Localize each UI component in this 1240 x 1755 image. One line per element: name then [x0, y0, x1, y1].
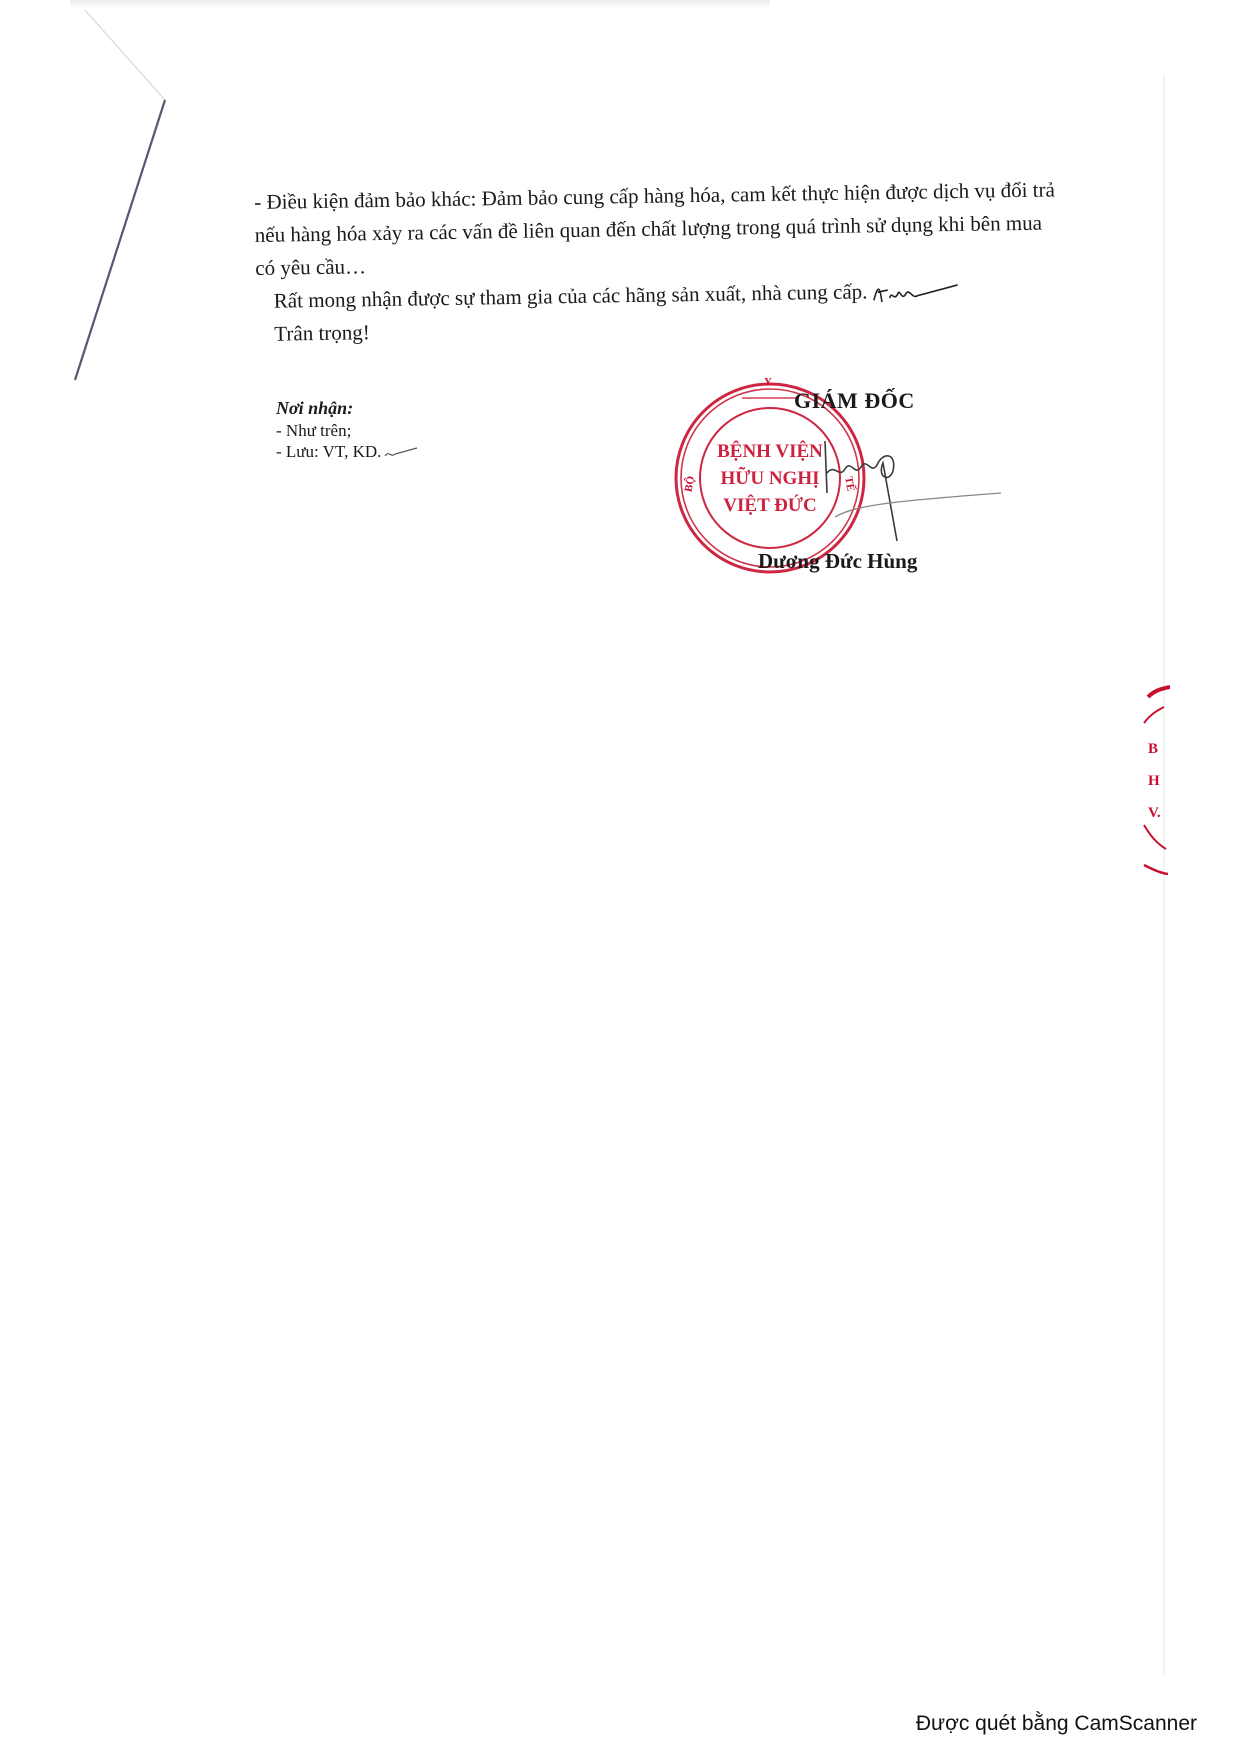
letter-body: - Điều kiện đảm bảo khác: Đảm bảo cung c… — [254, 173, 1062, 351]
invitation-text: Rất mong nhận được sự tham gia của các h… — [274, 279, 868, 312]
handwritten-signature-icon — [765, 433, 1005, 543]
conditions-paragraph: - Điều kiện đảm bảo khác: Đảm bảo cung c… — [254, 173, 1061, 285]
signature-block: Y BỘ TẾ BỆNH VIỆN HỮU NGHỊ VIỆT ĐỨC GIÁM… — [670, 378, 1010, 578]
camscanner-watermark: Được quét bằng CamScanner — [916, 1712, 1197, 1736]
scanned-document-page: - Điều kiện đảm bảo khác: Đảm bảo cung c… — [0, 0, 1240, 1755]
scan-shadow — [70, 0, 770, 8]
recipient-item: - Lưu: VT, KD. — [276, 441, 421, 462]
edge-stamp-letters: B H V. — [1148, 733, 1161, 829]
scan-edge — [1163, 75, 1165, 1675]
stamp-arc-top: Y — [764, 376, 772, 388]
signatory-title: GIÁM ĐỐC — [794, 388, 915, 414]
small-scribble-icon — [381, 446, 421, 460]
paper-fold-line — [0, 0, 260, 420]
signatory-name: Dương Đức Hùng — [758, 549, 917, 574]
recipient-item: - Như trên; — [276, 420, 421, 441]
recipients-heading: Nơi nhận: — [276, 398, 421, 419]
recipients-block: Nơi nhận: - Như trên; - Lưu: VT, KD. — [276, 398, 421, 462]
initials-scribble-icon — [869, 279, 959, 306]
partial-edge-stamp: B H V. — [1140, 675, 1170, 875]
